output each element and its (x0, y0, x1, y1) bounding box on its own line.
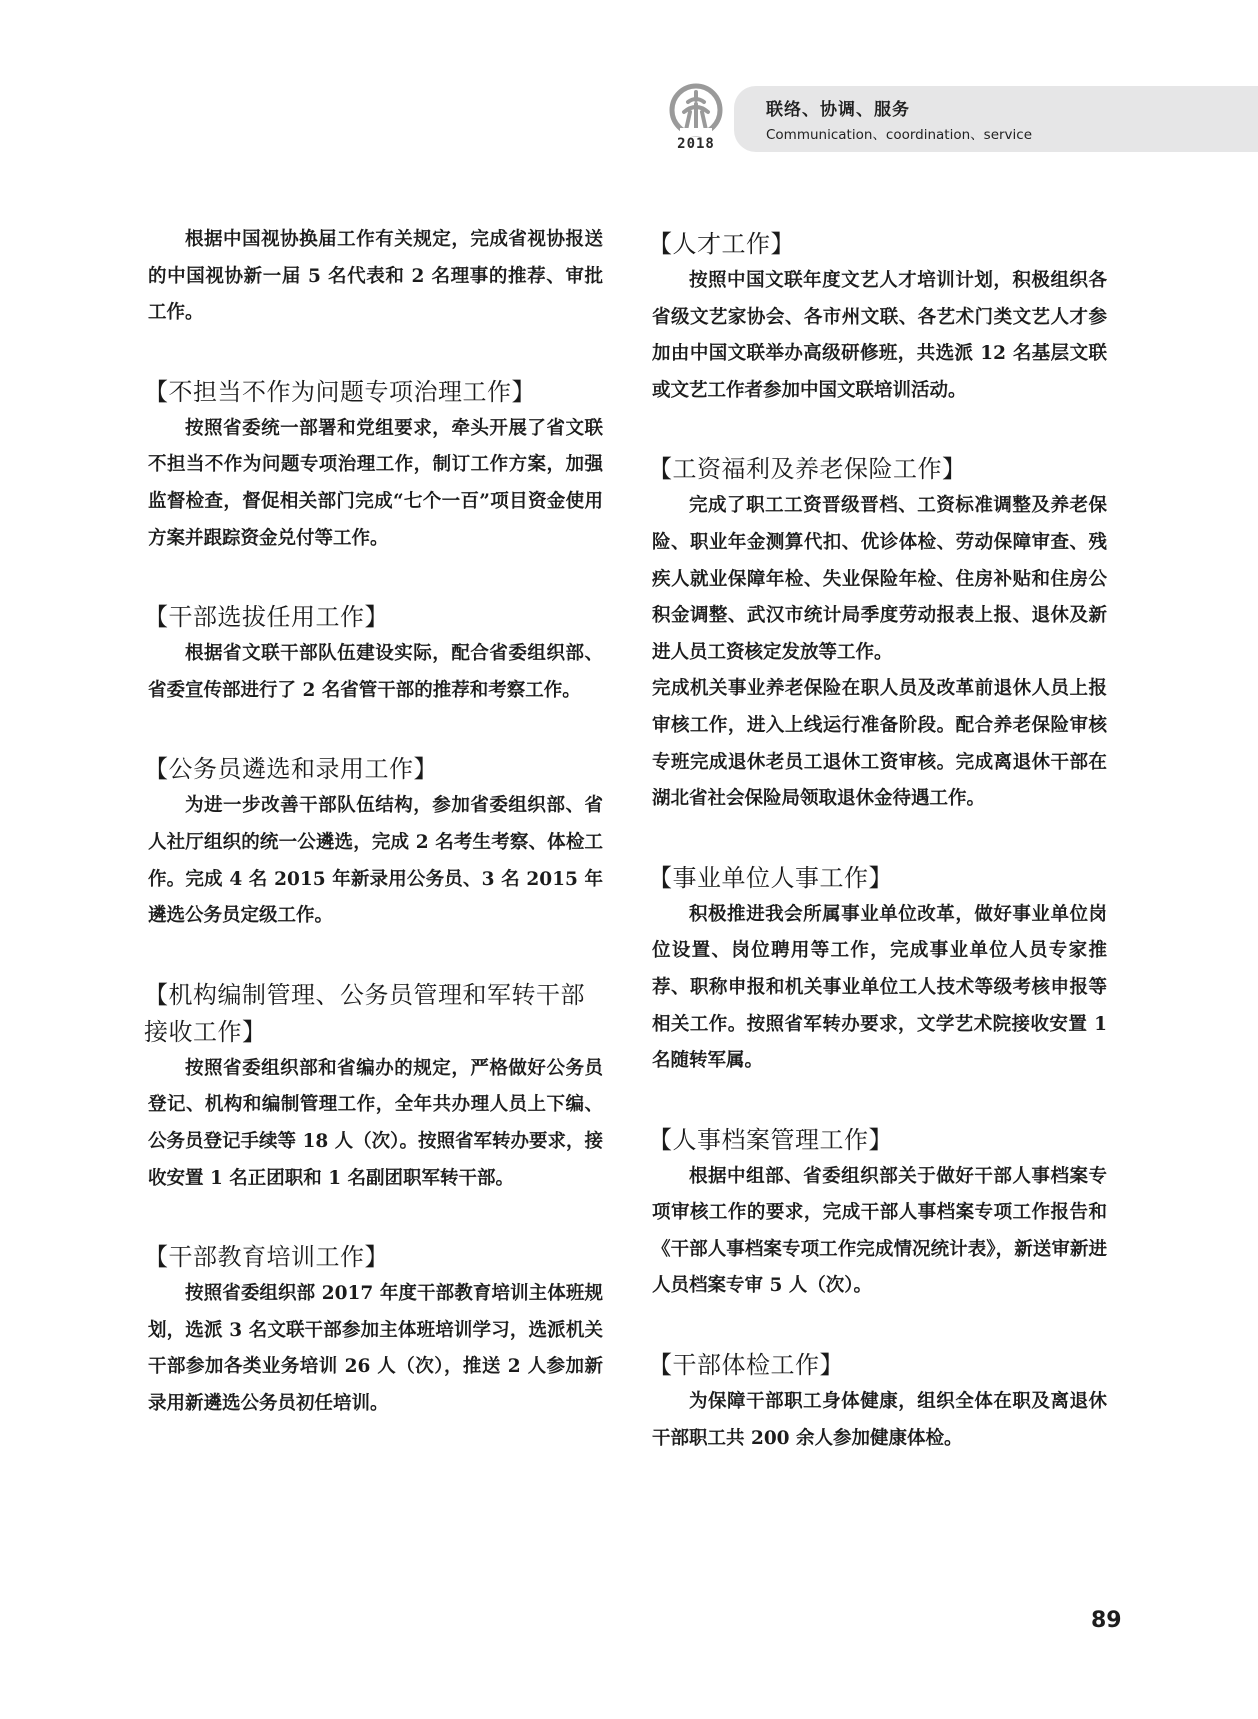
section-staffing-management: 【机构编制管理、公务员管理和军转干部接收工作】 按照省委组织部和省编办的规定，严… (148, 977, 603, 1197)
section-body: 按照中国文联年度文艺人才培训计划，积极组织各省级文艺家协会、各市州文联、各艺术门… (652, 263, 1107, 409)
section-title: 【干部选拔任用工作】 (144, 599, 603, 636)
section-civil-servant-recruitment: 【公务员遴选和录用工作】 为进一步改善干部队伍结构，参加省委组织部、省人社厅组织… (148, 751, 603, 934)
section-title: 【机构编制管理、公务员管理和军转干部接收工作】 (144, 977, 603, 1051)
section-body: 为进一步改善干部队伍结构，参加省委组织部、省人社厅组织的统一公遴选，完成 2 名… (148, 788, 603, 934)
section-public-institution-hr: 【事业单位人事工作】 积极推进我会所属事业单位改革，做好事业单位岗位设置、岗位聘… (652, 860, 1107, 1080)
section-title: 【不担当不作为问题专项治理工作】 (144, 374, 603, 411)
section-health-checkup: 【干部体检工作】 为保障干部职工身体健康，组织全体在职及离退休干部职工共 200… (652, 1347, 1107, 1457)
right-column: 【人才工作】 按照中国文联年度文艺人才培训计划，积极组织各省级文艺家协会、各市州… (652, 226, 1107, 1457)
section-title: 【事业单位人事工作】 (648, 860, 1107, 897)
section-cadre-training: 【干部教育培训工作】 按照省委组织部 2017 年度干部教育培训主体班规划，选派… (148, 1239, 603, 1422)
banner-subtitle: Communication、coordination、service (766, 123, 1032, 143)
section-body: 根据省文联干部队伍建设实际，配合省委组织部、省委宣传部进行了 2 名省管干部的推… (148, 636, 603, 709)
section-body: 按照省委组织部和省编办的规定，严格做好公务员登记、机构和编制管理工作，全年共办理… (148, 1051, 603, 1197)
section-body: 为保障干部职工身体健康，组织全体在职及离退休干部职工共 200 余人参加健康体检… (652, 1384, 1107, 1457)
emblem-logo-icon (666, 82, 726, 144)
section-accountability: 【不担当不作为问题专项治理工作】 按照省委统一部署和党组要求，牵头开展了省文联不… (148, 374, 603, 557)
section-body: 按照省委组织部 2017 年度干部教育培训主体班规划，选派 3 名文联干部参加主… (148, 1276, 603, 1422)
section-cadre-selection: 【干部选拔任用工作】 根据省文联干部队伍建设实际，配合省委组织部、省委宣传部进行… (148, 599, 603, 709)
section-personnel-archives: 【人事档案管理工作】 根据中组部、省委组织部关于做好干部人事档案专项审核工作的要… (652, 1122, 1107, 1305)
section-body: 按照省委统一部署和党组要求，牵头开展了省文联不担当不作为问题专项治理工作，制订工… (148, 411, 603, 557)
section-title: 【公务员遴选和录用工作】 (144, 751, 603, 788)
section-banner: 联络、协调、服务 Communication、coordination、serv… (734, 86, 1258, 152)
page-number: 89 (1091, 1608, 1122, 1633)
section-title: 【工资福利及养老保险工作】 (648, 451, 1107, 488)
page-header: 2018 联络、协调、服务 Communication、coordination… (0, 0, 1258, 170)
section-body-continued: 完成机关事业养老保险在职人员及改革前退休人员上报审核工作，进入上线运行准备阶段。… (652, 671, 1107, 817)
intro-section: 根据中国视协换届工作有关规定，完成省视协报送的中国视协新一届 5 名代表和 2 … (148, 222, 603, 332)
section-body: 根据中组部、省委组织部关于做好干部人事档案专项审核工作的要求，完成干部人事档案专… (652, 1159, 1107, 1305)
section-body: 完成了职工工资晋级晋档、工资标准调整及养老保险、职业年金测算代扣、优诊体检、劳动… (652, 488, 1107, 671)
left-column: 根据中国视协换届工作有关规定，完成省视协报送的中国视协新一届 5 名代表和 2 … (148, 222, 603, 1422)
section-title: 【人事档案管理工作】 (648, 1122, 1107, 1159)
section-salary-pension: 【工资福利及养老保险工作】 完成了职工工资晋级晋档、工资标准调整及养老保险、职业… (652, 451, 1107, 817)
section-title: 【人才工作】 (648, 226, 1107, 263)
section-title: 【干部体检工作】 (648, 1347, 1107, 1384)
banner-title: 联络、协调、服务 (766, 95, 910, 120)
year-label: 2018 (660, 136, 732, 152)
section-body: 积极推进我会所属事业单位改革，做好事业单位岗位设置、岗位聘用等工作，完成事业单位… (652, 897, 1107, 1080)
section-title: 【干部教育培训工作】 (144, 1239, 603, 1276)
intro-paragraph: 根据中国视协换届工作有关规定，完成省视协报送的中国视协新一届 5 名代表和 2 … (148, 222, 603, 332)
section-talent: 【人才工作】 按照中国文联年度文艺人才培训计划，积极组织各省级文艺家协会、各市州… (652, 226, 1107, 409)
